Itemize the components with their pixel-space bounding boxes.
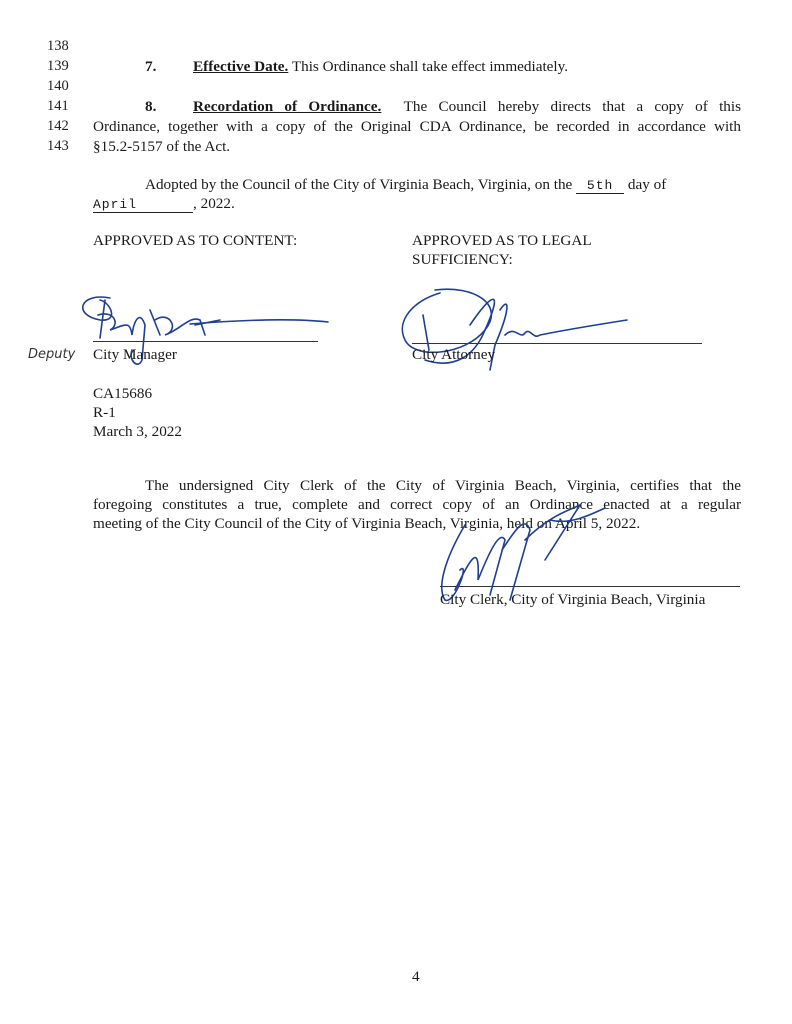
reference-revision: R-1 [93,404,116,422]
adoption-year: , 2022. [193,195,235,212]
certification-line2: foregoing constitutes a true, complete a… [93,496,741,514]
line-number: 142 [47,118,69,135]
section-7: Effective Date. This Ordinance shall tak… [193,58,568,76]
section-8-number: 8. [145,98,156,116]
city-clerk-title: City Clerk, City of Virginia Beach, Virg… [440,591,705,609]
city-attorney-title: City Attorney [412,346,495,364]
section-7-number: 7. [145,58,156,76]
approved-content-label: APPROVED AS TO CONTENT: [93,232,297,250]
approved-legal-label-2: SUFFICIENCY: [412,251,513,269]
section-8-heading: Recordation of Ordinance. [193,98,381,115]
adoption-day-suffix: day of [628,176,666,193]
approved-legal-label-1: APPROVED AS TO LEGAL [412,232,592,250]
line-number: 140 [47,78,69,95]
line-number: 139 [47,58,69,75]
adoption-month-field: April [93,198,193,213]
reference-date: March 3, 2022 [93,423,182,441]
section-8-line2: Ordinance, together with a copy of the O… [93,118,741,136]
section-8-text: The Council hereby directs that a copy o… [404,98,741,115]
line-number: 143 [47,138,69,155]
section-8-line3: §15.2-5157 of the Act. [93,138,230,156]
line-number: 138 [47,38,69,55]
reference-code: CA15686 [93,385,152,403]
adoption-line1: Adopted by the Council of the City of Vi… [145,176,666,194]
certification-line1: The undersigned City Clerk of the City o… [145,477,741,495]
section-7-heading: Effective Date. [193,58,288,75]
adoption-prefix: Adopted by the Council of the City of Vi… [145,176,572,193]
section-8-line1: Recordation of Ordinance. The Council he… [193,98,741,116]
page-number: 4 [412,968,420,986]
line-number: 141 [47,98,69,115]
adoption-line2: April, 2022. [93,195,235,213]
deputy-handwritten-note: Deputy [28,347,75,362]
section-7-text: This Ordinance shall take effect immedia… [292,58,568,75]
city-attorney-signature [395,285,635,380]
city-manager-title: City Manager [93,346,177,364]
adoption-day-field: 5th [576,179,624,194]
